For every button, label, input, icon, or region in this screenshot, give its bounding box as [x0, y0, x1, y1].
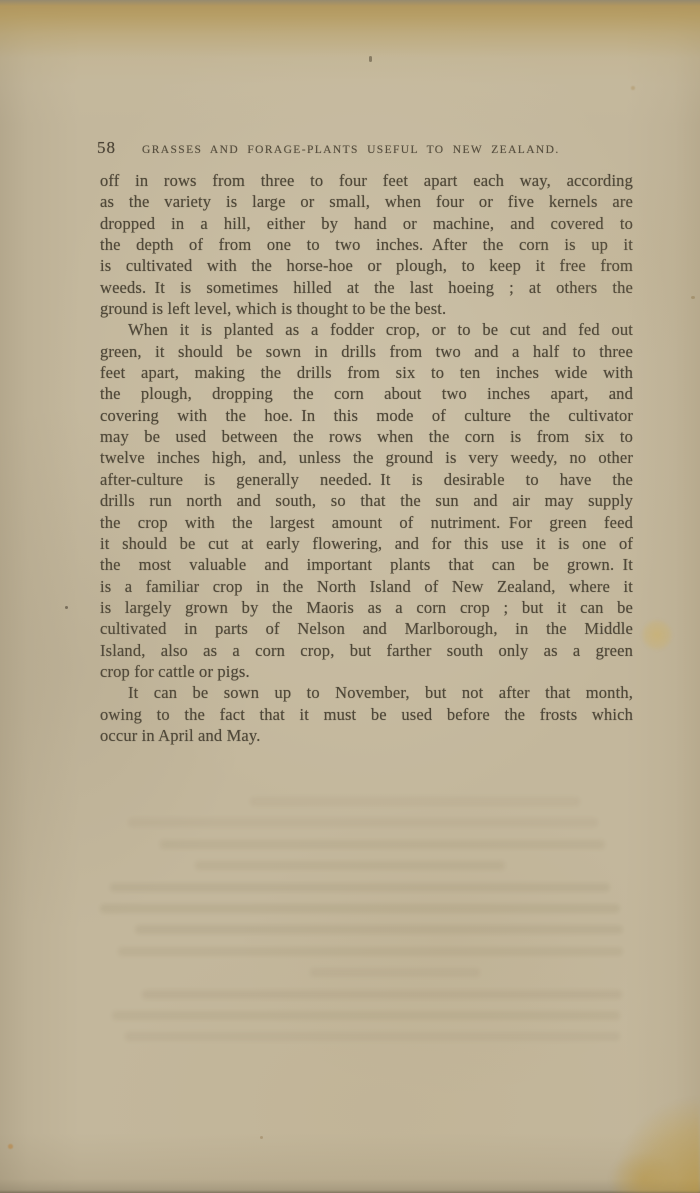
- ghost-line: [135, 925, 623, 934]
- text-line: ground is left level, which is thought t…: [100, 298, 633, 319]
- text-line: is cultivated with the horse-hoe or plou…: [100, 255, 633, 276]
- paper-speck: [260, 1136, 263, 1139]
- ghost-line: [112, 1011, 620, 1020]
- text-line: It can be sown up to November, but not a…: [100, 682, 633, 703]
- text-line: weeds. It is sometimes hilled at the las…: [100, 277, 633, 298]
- running-title: GRASSES AND FORAGE-PLANTS USEFUL TO NEW …: [142, 144, 560, 156]
- corner-stain: [550, 1023, 700, 1193]
- text-line: covering with the hoe. In this mode of c…: [100, 405, 633, 426]
- paragraph: When it is planted as a fodder crop, or …: [100, 319, 633, 682]
- text-line: may be used between the rows when the co…: [100, 426, 633, 447]
- ghost-line: [142, 990, 622, 999]
- text-line: dropped in a hill, either by hand or mac…: [100, 213, 633, 234]
- ghost-line: [100, 904, 620, 913]
- show-through-ghost-text: [100, 797, 633, 1054]
- text-line: it should be cut at early flowering, and…: [100, 533, 633, 554]
- text-line: is largely grown by the Maoris as a corn…: [100, 597, 633, 618]
- text-line: drills run north and south, so that the …: [100, 490, 633, 511]
- text-line: feet apart, making the drills from six t…: [100, 362, 633, 383]
- text-line: crop for cattle or pigs.: [100, 661, 633, 682]
- ghost-line: [118, 947, 623, 956]
- paper-speck: [8, 1144, 13, 1149]
- ghost-line: [160, 840, 605, 849]
- paragraph: It can be sown up to November, but not a…: [100, 682, 633, 746]
- paper-stain: [641, 619, 673, 651]
- text-line: When it is planted as a fodder crop, or …: [100, 319, 633, 340]
- text-line: green, it should be sown in drills from …: [100, 341, 633, 362]
- text-line: twelve inches high, and, unless the grou…: [100, 447, 633, 468]
- paper-speck: [631, 86, 635, 90]
- text-line: occur in April and May.: [100, 725, 633, 746]
- text-line: the crop with the largest amount of nutr…: [100, 512, 633, 533]
- text-line: the most valuable and important plants t…: [100, 554, 633, 575]
- text-line: owing to the fact that it must be used b…: [100, 704, 633, 725]
- paragraph: off in rows from three to four feet apar…: [100, 170, 633, 319]
- ghost-line: [250, 797, 580, 806]
- text-line: after-culture is generally needed. It is…: [100, 469, 633, 490]
- ghost-line: [195, 861, 505, 870]
- ghost-line: [128, 818, 598, 827]
- text-line: the depth of from one to two inches. Aft…: [100, 234, 633, 255]
- ghost-line: [110, 883, 610, 892]
- book-page: 58 GRASSES AND FORAGE-PLANTS USEFUL TO N…: [0, 0, 700, 1193]
- page-number: 58: [97, 138, 116, 158]
- ghost-line: [125, 1032, 620, 1041]
- ink-speck: [369, 56, 372, 62]
- text-line: Island, also as a corn crop, but farther…: [100, 640, 633, 661]
- ink-speck: [65, 606, 68, 609]
- page-header: 58 GRASSES AND FORAGE-PLANTS USEFUL TO N…: [97, 138, 633, 158]
- body-text: off in rows from three to four feet apar…: [100, 170, 633, 746]
- paper-speck: [691, 296, 695, 299]
- text-line: as the variety is large or small, when f…: [100, 191, 633, 212]
- text-line: cultivated in parts of Nelson and Marlbo…: [100, 618, 633, 639]
- text-line: the plough, dropping the corn about two …: [100, 383, 633, 404]
- ghost-line: [310, 968, 480, 977]
- text-line: off in rows from three to four feet apar…: [100, 170, 633, 191]
- text-line: is a familiar crop in the North Island o…: [100, 576, 633, 597]
